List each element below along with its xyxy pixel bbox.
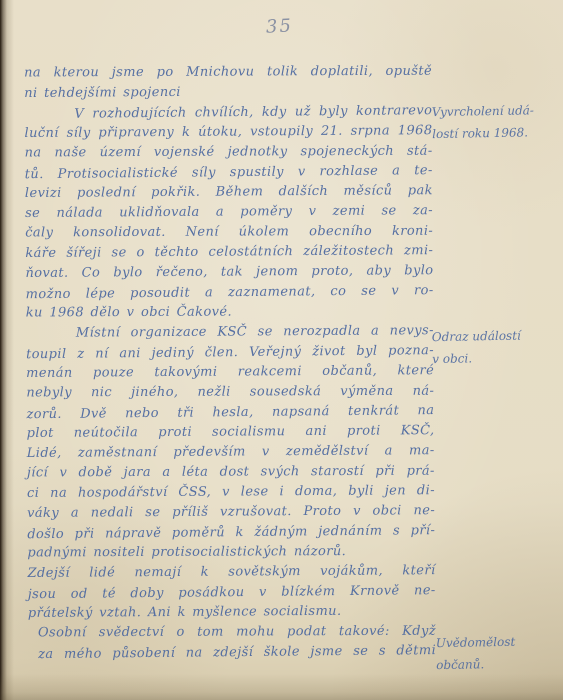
handwritten-line: luční síly připraveny k útoku, vstoupily… xyxy=(24,121,432,144)
margin-note-line: v obci. xyxy=(432,346,560,370)
handwritten-line: Lidé, zaměstnaní především v zemědělství… xyxy=(27,441,435,464)
handwritten-line: Místní organizace KSČ se nerozpadla a ne… xyxy=(26,321,434,344)
margin-note-line: lostí roku 1968. xyxy=(432,121,560,145)
handwritten-line: Osobní svědectví o tom mohu podat takové… xyxy=(28,622,436,644)
handwritten-line: čaly konsolidovat. Není úkolem obecního … xyxy=(25,222,433,244)
handwritten-line: menán pouze takovými reakcemi občanů, kt… xyxy=(26,361,434,384)
handwritten-line: ci na hospodářství ČSS, v lese i doma, b… xyxy=(27,481,435,504)
handwritten-line: padnými nositeli protisocialistických ná… xyxy=(27,542,435,564)
book-binding-edge xyxy=(0,0,14,700)
margin-note-line: Uvědomělost xyxy=(436,630,563,654)
handwritten-line: za mého působení na zdejší škole jsme se… xyxy=(28,641,436,665)
margin-note-citizens-awareness: Uvědomělost občanů. xyxy=(436,630,563,676)
handwritten-line: váky a nedali se příliš vzrušovat. Proto… xyxy=(27,501,435,524)
margin-note-line: občanů. xyxy=(436,652,563,676)
handwritten-line: Zdejší lidé nemají k sovětským vojákům, … xyxy=(27,561,435,584)
handwritten-line: jící v době jara a léta dost svých staro… xyxy=(27,462,435,484)
manuscript-text: na kterou jsme po Mnichovu tolik doplati… xyxy=(24,61,446,664)
page-number: 35 xyxy=(265,15,293,37)
page-bottom-shadow xyxy=(0,674,563,700)
handwritten-line: plot neútočila proti socialismu ani prot… xyxy=(27,421,435,444)
margin-note-culmination-1968: Vyvrcholení udá- lostí roku 1968. xyxy=(432,99,561,145)
margin-note-village-impact: Odraz událostí v obci. xyxy=(432,324,561,370)
handwritten-line: přátelský vztah. Ani k myšlence socialis… xyxy=(28,601,436,624)
margin-note-line: Vyvrcholení udá- xyxy=(432,99,560,123)
handwritten-line: na kterou jsme po Mnichovu tolik doplati… xyxy=(24,62,432,84)
handwritten-line: levizi poslední pokřik. Během dalších mě… xyxy=(25,181,433,204)
handwritten-line: ňovat. Co bylo řečeno, tak jenom proto, … xyxy=(25,261,433,284)
handwritten-line: na naše území vojenské jednotky spojenec… xyxy=(25,142,433,164)
margin-note-line: Odraz událostí xyxy=(432,324,560,348)
handwritten-line: ku 1968 dělo v obci Čakové. xyxy=(26,302,434,324)
manuscript-page: 35 na kterou jsme po Mnichovu tolik dopl… xyxy=(0,0,563,700)
handwritten-line: nebyly nic jiného, nežli sousedská výměn… xyxy=(26,382,434,404)
handwritten-line: káře šířeji se o těchto celostátních zál… xyxy=(25,241,433,264)
handwritten-line: se nálada uklidňovala a poměry v zemi se… xyxy=(25,201,433,224)
handwritten-line: ni tehdejšími spojenci xyxy=(24,81,432,104)
